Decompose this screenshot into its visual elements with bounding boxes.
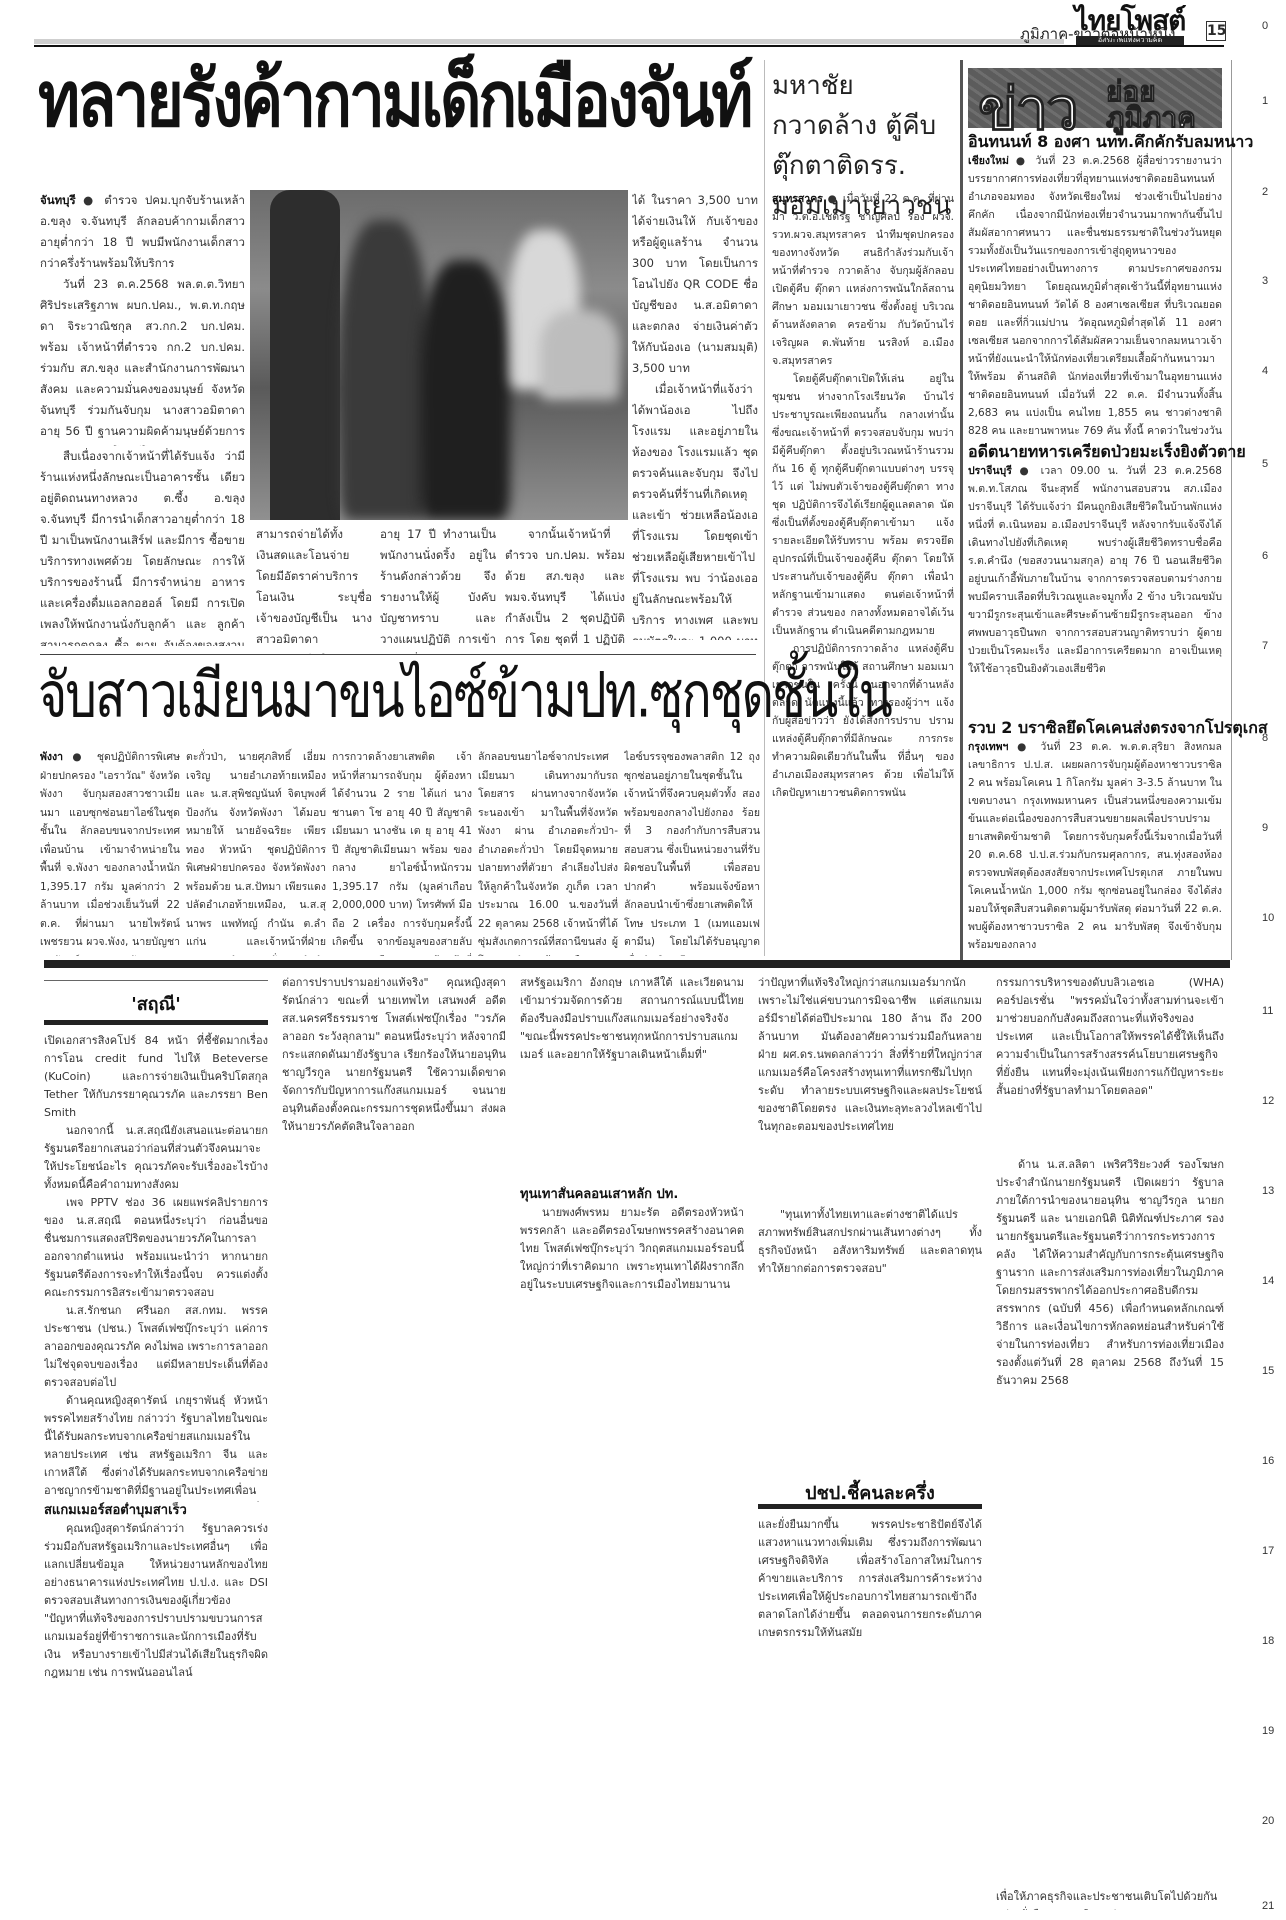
opinion-paragraph: และยั่งยืนมากขึ้น พรรคประชาธิปัตย์จึงได้… (758, 1516, 982, 1642)
story1-paragraph: เมื่อเจ้าหน้าที่แจ้งว่าได้พาน้องเอ ไปถึง… (632, 379, 758, 640)
story3-paragraph: ชุดปฏิบัติการพิเศษ ฝ่ายปกครอง "เอราวัณ" … (40, 751, 180, 956)
brief-dateline: ปราจีนบุรี (968, 465, 1012, 477)
story1-paragraph: อายุ 17 ปี ทำงานเป็นพนักงานนั่งดริ้ง อยู… (380, 524, 496, 654)
line-number: 7 (1262, 640, 1268, 652)
story1-column-1: จันทบุรี ● ตำรวจ ปคม.บุกจับร้านเหล้า อ.ข… (40, 190, 245, 446)
opinion-paragraph: คุณหญิงสุดารัตน์กล่าวว่า รัฐบาลควรเร่งร่… (44, 1520, 268, 1682)
line-number: 2 (1262, 186, 1268, 198)
brief-body: ปราจีนบุรี ● เวลา 09.00 น. วันที่ 23 ต.ค… (968, 462, 1222, 712)
column-name-bar (44, 1020, 268, 1025)
opinion-subhead: สแกมเมอร์สอต่ำบุมสาเร็ว (44, 1502, 268, 1520)
line-number: 5 (1262, 458, 1268, 470)
opinion-paragraph: เพจ PPTV ช่อง 36 เผยแพร่คลิปรายการของ น.… (44, 1194, 268, 1302)
brief-text: เวลา 09.00 น. วันที่ 23 ต.ค.2568 พ.ต.ท.โ… (968, 465, 1222, 675)
opinion-column-1b: สแกมเมอร์สอต่ำบุมสาเร็ว คุณหญิงสุดารัตน์… (44, 1502, 268, 1912)
opinion-column-name: 'สฤณี' (44, 980, 268, 1018)
line-number: 0 (1262, 20, 1268, 32)
story3-paragraph: ไอซ์บรรจุซองพลาสติก 12 ถุง ซุกซ่อนอยู่ภา… (624, 748, 760, 956)
story1-paragraph: สามารถจ่ายได้ทั้งเงินสดและโอนจ่าย โดยมีอ… (256, 524, 372, 650)
story1-dateline: จันทบุรี (40, 193, 76, 207)
story1-paragraph: จากนั้นเจ้าหน้าที่ตำรวจ บก.ปคม. พร้อมด้ว… (505, 524, 625, 654)
line-number: 21 (1262, 1900, 1274, 1912)
line-number: 10 (1262, 912, 1274, 924)
box-head-bar (758, 1504, 982, 1509)
story3-column-3: การกวาดล้างยาเสพติด เจ้าหน้าที่สามารถจับ… (332, 748, 472, 956)
story1-column-2: สามารถจ่ายได้ทั้งเงินสดและโอนจ่าย โดยมีอ… (256, 524, 372, 654)
opinion-paragraph: ด้านคุณหญิงสุดารัตน์ เกยุราพันธุ์ หัวหน้… (44, 1392, 268, 1502)
opinion-quote: "ทุนเทาทั้งไทยเทาและต่างชาติได้แปรสภาพทร… (758, 1206, 982, 1278)
line-number: 17 (1262, 1545, 1274, 1557)
story1-column-1b: สืบเนื่องจากเจ้าหน้าที่ได้รับแจ้ง ว่ามีร… (40, 446, 245, 646)
brief-text: วันที่ 23 ต.ค. พ.ต.ต.สุริยา สิงหกมล เลขา… (968, 741, 1222, 951)
brief-text: วันที่ 23 ต.ค.2568 ผู้สื่อข่าวรายงานว่า … (968, 155, 1222, 437)
opinion-column-5b: ด้าน น.ส.ลลิตา เพริศวิริยะวงศ์ รองโฆษกปร… (996, 1156, 1224, 1886)
story3-headline: จับสาวเมียนมาขนไอซ์ข้ามปท.ซุกชุดชั้นใน (38, 664, 891, 727)
opinion-column-4b: และยั่งยืนมากขึ้น พรรคประชาธิปัตย์จึงได้… (758, 1516, 982, 1914)
opinion-paragraph: นอกจากนี้ น.ส.สฤณียังเสนอแนะต่อนายกรัฐมน… (44, 1122, 268, 1194)
line-number: 16 (1262, 1455, 1274, 1467)
story3-column-5: ไอซ์บรรจุซองพลาสติก 12 ถุง ซุกซ่อนอยู่ภา… (624, 748, 760, 956)
line-number: 1 (1262, 95, 1268, 107)
line-number: 12 (1262, 1095, 1274, 1107)
opinion-paragraph: น.ส.รักชนก ศรีนอก สส.กทม. พรรคประชาชน (ป… (44, 1302, 268, 1392)
story3-column-4: ลักลอบขนยาไอซ์จากประเทศ เมียนมา เดินทางม… (478, 748, 618, 956)
opinion-paragraph: เปิดเอกสารสิงคโปร์ 84 หน้า ที่ชี้ชัดมากเ… (44, 1032, 268, 1122)
opinion-column-4-quote: "ทุนเทาทั้งไทยเทาและต่างชาติได้แปรสภาพทร… (758, 1206, 982, 1474)
line-number: 14 (1262, 1275, 1274, 1287)
section-label: ภูมิภาค-ข่าวต่อหน้าหนึ่ง (1020, 22, 1175, 46)
brief-body: เชียงใหม่ ● วันที่ 23 ต.ค.2568 ผู้สื่อข่… (968, 152, 1222, 437)
opinion-paragraph: ด้าน น.ส.ลลิตา เพริศวิริยะวงศ์ รองโฆษกปร… (996, 1156, 1224, 1390)
line-number: 9 (1262, 822, 1268, 834)
opinion-paragraph: นายพงศ์พรหม ยามะรัต อดีตรองหัวหน้าพรรคกล… (520, 1204, 744, 1294)
story1-paragraph: ได้ ในราคา 3,500 บาท ได้จ่ายเงินให้ กับเ… (632, 190, 758, 379)
brief-dateline: กรุงเทพฯ (968, 741, 1008, 753)
story3-column-1: พังงา ● ชุดปฏิบัติการพิเศษ ฝ่ายปกครอง "เ… (40, 748, 180, 956)
line-number: 20 (1262, 1815, 1274, 1827)
opinion-column-5: กรรมการบริหารของดับบลิวเอชเอ (WHA) คอร์ป… (996, 974, 1224, 1154)
blurred-person (340, 220, 430, 520)
opinion-closing: เพื่อให้ภาคธุรกิจและประชาชนเติบโตไปด้วยก… (996, 1888, 1224, 1910)
line-number: 11 (1262, 1005, 1273, 1017)
sofa (540, 310, 620, 400)
opinion-paragraph: เพื่อให้ภาคธุรกิจและประชาชนเติบโตไปด้วยก… (996, 1888, 1224, 1910)
line-number: 15 (1262, 1365, 1274, 1377)
line-number: 19 (1262, 1725, 1274, 1737)
opinion-column-3: สหรัฐอเมริกา อังกฤษ เกาหลีใต้ และเวียดนา… (520, 974, 744, 1184)
page-number: 15 (1206, 21, 1226, 41)
story1-column-5: ได้ ในราคา 3,500 บาท ได้จ่ายเงินให้ กับเ… (632, 190, 758, 640)
line-number: 6 (1262, 550, 1268, 562)
opinion-paragraph: กรรมการบริหารของดับบลิวเอชเอ (WHA) คอร์ป… (996, 974, 1224, 1100)
section-separator-bar (44, 960, 1230, 968)
story2-body: เมื่อวันที่ 22 ต.ค. ที่ผ่านมา ว.ต.อ.เชตร… (772, 193, 954, 367)
line-number: 18 (1262, 1635, 1274, 1647)
opinion-box-head: ปชป.ชี้คนละครึ่ง (758, 1478, 982, 1507)
line-number: 4 (1262, 365, 1268, 377)
opinion-column-4: ว่าปัญหาที่แท้จริงใหญ่กว่าสแกมเมอร์มากนั… (758, 974, 982, 1204)
story3-dateline: พังงา (40, 751, 63, 763)
story1-photo (250, 190, 628, 520)
column-divider (764, 60, 765, 956)
header-rule-grey (34, 39, 1064, 44)
story3-paragraph: การกวาดล้างยาเสพติด เจ้าหน้าที่สามารถจับ… (332, 748, 472, 956)
story3-column-2: ตะกั่วป่า, นายศุภสิทธิ์ เอี่ยมเจริญ นายอ… (186, 748, 326, 956)
opinion-paragraph: สหรัฐอเมริกา อังกฤษ เกาหลีใต้ และเวียดนา… (520, 974, 744, 1064)
story1-paragraph: วันที่ 23 ต.ค.2568 พล.ต.ต.วิทยา ศิริประเ… (40, 274, 245, 446)
opinion-paragraph: ต่อการปราบปรามอย่างแท้จริง" คุณหญิงสุดาร… (282, 974, 506, 1136)
line-number: 3 (1262, 275, 1268, 287)
opinion-column-2: ต่อการปราบปรามอย่างแท้จริง" คุณหญิงสุดาร… (282, 974, 506, 1914)
story1-column-4: จากนั้นเจ้าหน้าที่ตำรวจ บก.ปคม. พร้อมด้ว… (505, 524, 625, 654)
story3-paragraph: ลักลอบขนยาไอซ์จากประเทศ เมียนมา เดินทางม… (478, 748, 618, 956)
story1-paragraph: สืบเนื่องจากเจ้าหน้าที่ได้รับแจ้ง ว่ามีร… (40, 446, 245, 646)
opinion-column-3b: ทุนเทาสั่นคลอนเสาหลัก ปท. นายพงศ์พรหม ยา… (520, 1186, 744, 1914)
opinion-column-1: เปิดเอกสารสิงคโปร์ 84 หน้า ที่ชี้ชัดมากเ… (44, 1032, 268, 1502)
line-number: 13 (1262, 1185, 1274, 1197)
story1-column-3: อายุ 17 ปี ทำงานเป็นพนักงานนั่งดริ้ง อยู… (380, 524, 496, 654)
story2-paragraph: โดยตู้คีบตุ๊กตาเปิดให้เล่น อยู่ในชุมชน ห… (772, 370, 954, 640)
officer-figure (270, 190, 340, 520)
news-brief-banner: ข่าว ย่อย ภูมิภาค (968, 68, 1222, 128)
story3-paragraph: ตะกั่วป่า, นายศุภสิทธิ์ เอี่ยมเจริญ นายอ… (186, 748, 326, 956)
brief-body: กรุงเทพฯ ● วันที่ 23 ต.ค. พ.ต.ต.สุริยา ส… (968, 738, 1222, 954)
story2-dateline: สมุทรสาคร (772, 193, 823, 205)
opinion-subhead: ทุนเทาสั่นคลอนเสาหลัก ปท. (520, 1186, 744, 1204)
story2-column-1: สมุทรสาคร ● เมื่อวันที่ 22 ต.ค. ที่ผ่านม… (772, 190, 954, 640)
opinion-paragraph: ว่าปัญหาที่แท้จริงใหญ่กว่าสแกมเมอร์มากนั… (758, 974, 982, 1136)
story1-headline: ทลายรังค้ากามเด็กเมืองจันท์ (38, 62, 750, 139)
section-divider (40, 654, 756, 655)
blurred-person (420, 260, 510, 520)
brief-dateline: เชียงใหม่ (968, 155, 1009, 167)
